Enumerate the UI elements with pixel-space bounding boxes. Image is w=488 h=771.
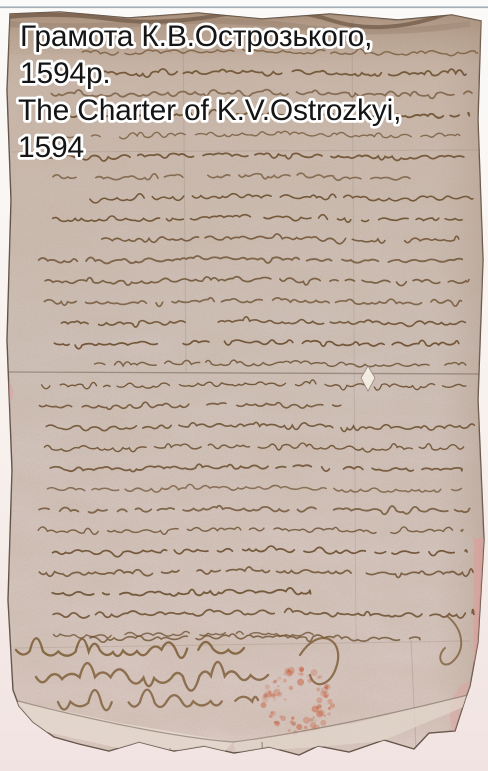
seal-dot <box>316 697 322 703</box>
manuscript-scan: Грамота К.В.Острозького, 1594р. The Char… <box>0 0 488 771</box>
seal-dot <box>297 679 304 686</box>
seal-dot <box>313 719 317 723</box>
seal-dot <box>277 685 279 687</box>
seal-dot <box>261 702 267 708</box>
seal-dot <box>279 692 282 695</box>
seal-dot <box>298 673 301 676</box>
seal-dot <box>273 694 275 696</box>
seal-dot <box>313 716 315 718</box>
seal-dot <box>290 720 294 724</box>
seal-dot <box>310 718 314 722</box>
caption-line-en-year: 1594 <box>18 131 84 164</box>
seal-dot <box>296 724 302 730</box>
seal-dot <box>306 675 309 678</box>
pink-edge-stain <box>474 538 488 748</box>
seal-dot <box>289 686 293 690</box>
seal-dot <box>279 715 282 718</box>
seal-dot <box>284 668 289 673</box>
seal-dot <box>323 692 330 699</box>
seal-dot <box>327 699 332 704</box>
seal-dot <box>269 714 273 718</box>
seal-dot <box>262 695 266 699</box>
seal-dot <box>265 684 270 689</box>
seal-dot <box>316 710 323 717</box>
seal-dot <box>284 698 287 701</box>
seal-dot <box>274 721 280 727</box>
caption-line-uk-title: Грамота К.В.Острозького, <box>20 20 372 53</box>
seal-dot <box>273 680 277 684</box>
seal-dot <box>277 676 282 681</box>
top-border-line <box>0 6 488 8</box>
seal-dot <box>291 717 293 719</box>
seal-dot <box>268 690 272 694</box>
seal-dot <box>270 711 273 714</box>
seal-dot <box>300 672 304 676</box>
manuscript-photo: Грамота К.В.Острозького, 1594р. The Char… <box>0 0 488 771</box>
seal-dot <box>320 720 326 726</box>
seal-dot <box>283 679 287 683</box>
seal-dot <box>328 707 331 710</box>
seal-dot <box>323 715 325 717</box>
caption-line-en-title: The Charter of K.V.Ostrozkyi, <box>18 94 401 127</box>
seal-dot <box>316 687 320 691</box>
seal-dot <box>299 666 305 672</box>
seal-dot <box>311 669 318 676</box>
seal-dot <box>288 729 291 732</box>
seal-dot <box>316 707 319 710</box>
seal-dot <box>303 717 310 724</box>
seal-dot <box>317 676 321 680</box>
caption-line-uk-year: 1594р. <box>20 57 111 90</box>
seal-dot <box>327 712 331 716</box>
